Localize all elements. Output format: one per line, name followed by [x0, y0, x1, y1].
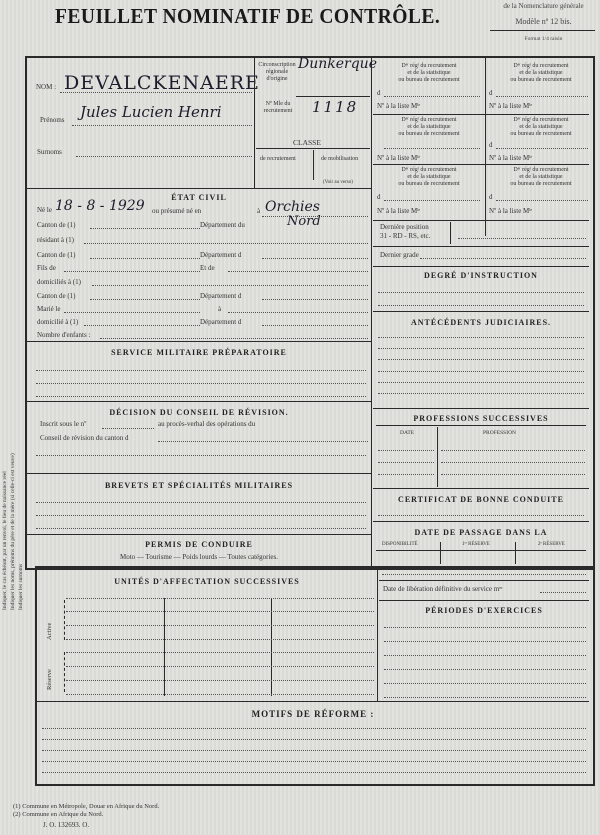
model-number: Modèle nº 12 bis.	[487, 17, 600, 26]
antecedents-line-6	[378, 393, 584, 394]
professions-col-divider	[437, 427, 438, 487]
prenoms-line	[72, 125, 252, 126]
unites-line-6	[66, 666, 374, 667]
lower-form-frame	[35, 566, 595, 786]
prof-line-2	[441, 462, 585, 463]
permis-heading: PERMIS DE CONDUIRE	[27, 540, 371, 549]
bureau-title-l3: ou bureau de recrutement	[398, 131, 459, 137]
departement3-label: Département d	[200, 292, 241, 300]
decision-heading: DÉCISION DU CONSEIL DE RÉVISION.	[27, 408, 371, 417]
inscrit-line	[102, 428, 154, 429]
canton2-label: Canton de (1)	[37, 251, 76, 259]
departement2-label: Département d	[200, 251, 241, 259]
service-militaire-heading: SERVICE MILITAIRE PRÉPARATOIRE	[27, 348, 371, 357]
prenoms-label: Prénoms	[40, 116, 65, 124]
et-de-line	[228, 271, 368, 272]
passage-col-2e-reserve: 2ᵉ RÉSERVE	[538, 542, 565, 547]
bureau-2-d-line	[496, 96, 588, 97]
bureau-title-l2: et de la statistique	[519, 124, 562, 130]
lower-column-divider	[377, 568, 378, 701]
periodes-heading: PÉRIODES D'EXERCICES	[379, 606, 589, 615]
margin-note-2: Indiquer les noms, prénoms du père et de…	[10, 250, 16, 610]
brevets-heading: BREVETS ET SPÉCIALITÉS MILITAIRES	[27, 481, 371, 490]
motifs-line-1	[42, 728, 586, 729]
canton-label: Canton de (1)	[37, 221, 76, 229]
surnoms-label: Surnoms	[37, 148, 62, 156]
classe-label: CLASSE	[293, 138, 321, 147]
antecedents-line-2	[378, 348, 584, 349]
passage-col-1re-reserve: 1ʳᵉ RÉSERVE	[462, 542, 490, 547]
margin-note-1: Indiquer, le cas échéant, par un renvoi,…	[2, 250, 8, 610]
bureau-1-liste: Nº à la liste Mˡᵉ	[377, 102, 420, 110]
reserve-brace	[64, 652, 65, 692]
prof-date-line-2	[378, 462, 434, 463]
bureau-4-title: Dᵉʳ régᵗ du recrutementet de la statisti…	[488, 117, 594, 138]
bureau-1-d-line	[384, 96, 480, 97]
service-line-2	[36, 383, 366, 384]
surnoms-line	[76, 156, 252, 157]
periodes-line-3	[384, 655, 586, 656]
bureau-3-title: Dᵉʳ régᵗ du recrutementet de la statisti…	[376, 117, 482, 138]
professions-col-profession: PROFESSION	[483, 430, 516, 436]
nomenclature-label: de la Nomenclature générale	[487, 2, 600, 10]
bureau-divider	[485, 58, 486, 236]
canton3-label: Canton de (1)	[37, 292, 76, 300]
passage-values-line	[382, 574, 586, 575]
unites-line-5	[66, 652, 374, 653]
degre-line-1	[378, 292, 584, 293]
bureau-4-d: d	[489, 141, 493, 149]
active-brace	[64, 600, 65, 640]
circonscription-label: Circonscription régionale d'origine	[256, 62, 298, 83]
canton-line	[90, 228, 200, 229]
certificat-rule	[373, 521, 589, 522]
professions-bottom-rule	[373, 488, 589, 489]
printer-reference: J. O. 132693. O.	[43, 821, 89, 829]
residant-label: résidant à (1)	[37, 236, 74, 244]
departement-value: Nord	[287, 214, 321, 229]
bureau-title-l2: et de la statistique	[519, 70, 562, 76]
bureau-5-title: Dᵉʳ régᵗ du recrutementet de la statisti…	[376, 167, 482, 188]
bureau-3-d-line	[384, 148, 480, 149]
fils-de-line	[64, 271, 200, 272]
header-rule	[490, 30, 595, 31]
bureau-title-l2: et de la statistique	[407, 174, 450, 180]
ne-le-label: Né le	[37, 206, 52, 214]
marie-a-line	[228, 312, 368, 313]
conseil-label: Conseil de révision du canton d	[40, 434, 128, 442]
departement2-line	[262, 258, 368, 259]
liberation-label: Date de libération définitive du service…	[383, 585, 503, 593]
bureau-title-l2: et de la statistique	[407, 70, 450, 76]
unites-col-divider-2	[271, 598, 272, 696]
periodes-line-2	[384, 641, 586, 642]
bureau-2-title: Dᵉʳ régᵗ du recrutementet de la statisti…	[488, 63, 594, 84]
birthplace-value: Orchies	[265, 199, 320, 215]
bureau-3-liste: Nº à la liste Mˡᵉ	[377, 154, 420, 162]
grade-line	[420, 258, 586, 259]
bureau-title-l1: Dᵉʳ régᵗ du recrutement	[401, 167, 456, 173]
bureau-title-l1: Dᵉʳ régᵗ du recrutement	[401, 63, 456, 69]
domicilie-line	[84, 325, 200, 326]
departement4-label: Département d	[200, 318, 241, 326]
service-line-1	[36, 370, 366, 371]
fils-de-label: Fils de	[37, 264, 56, 272]
liberation-rule	[379, 600, 589, 601]
prof-line-3	[441, 474, 585, 475]
canton3-line	[90, 299, 200, 300]
bureau-title-l3: ou bureau de recrutement	[510, 131, 571, 137]
birthplace-a-label: à	[257, 207, 260, 215]
domicilie-label: domicilié à (1)	[37, 318, 78, 326]
prof-date-line-3	[378, 474, 434, 475]
service-rule	[27, 401, 371, 402]
nom-label: NOM :	[36, 83, 56, 91]
et-de-label: Et de	[200, 264, 215, 272]
bureau-title-l3: ou bureau de recrutement	[510, 77, 571, 83]
domicilies-label: domiciliés à (1)	[37, 278, 81, 286]
marie-a-label: à	[218, 305, 221, 313]
bureau-title-l1: Dᵉʳ régᵗ du recrutement	[401, 117, 456, 123]
degre-rule	[373, 311, 589, 312]
professions-rule	[376, 425, 586, 426]
bureau-1-d: d	[377, 89, 381, 97]
derniere-position-codes: 31 - RD - RS, etc.	[380, 232, 430, 240]
antecedents-heading: ANTÉCÉDENTS JUDICIAIRES.	[373, 318, 589, 327]
antecedents-rule	[373, 408, 589, 409]
unites-line-8	[66, 694, 374, 695]
decision-rule	[27, 473, 371, 474]
brevets-line-3	[36, 528, 366, 529]
bureau-6-title: Dᵉʳ régᵗ du recrutementet de la statisti…	[488, 167, 594, 188]
nombre-enfants-line	[100, 338, 368, 339]
periodes-line-5	[384, 683, 586, 684]
passage-divider-1	[440, 542, 441, 564]
presume-label: ou présumé né en	[152, 207, 201, 215]
bureau-5-d: d	[377, 193, 381, 201]
bureau-6-d-line	[496, 200, 588, 201]
permis-categories: Moto — Tourisme — Poids lourds — Toutes …	[27, 553, 371, 561]
bureau-2-liste: Nº à la liste Mˡᵉ	[489, 102, 532, 110]
bureau-row-rule-3	[373, 220, 589, 221]
bureau-title-l1: Dᵉʳ régᵗ du recrutement	[513, 117, 568, 123]
unites-line-4	[66, 639, 374, 640]
passage-divider-2	[515, 542, 516, 564]
antecedents-line-3	[378, 359, 584, 360]
footnote-1: (1) Commune en Métropole, Douar en Afriq…	[13, 803, 159, 810]
passage-rule	[376, 550, 586, 551]
motifs-line-4	[42, 761, 586, 762]
motifs-reforme-heading: MOTIFS DE RÉFORME :	[37, 709, 589, 719]
motifs-top-rule	[37, 701, 589, 702]
liberation-line	[540, 592, 586, 593]
classe-footnote: (Voir au verso)	[323, 180, 353, 185]
bureau-title-l1: Dᵉʳ régᵗ du recrutement	[513, 63, 568, 69]
prenoms-value: Jules Lucien Henri	[80, 103, 222, 121]
matricule-value: 1118	[312, 98, 358, 116]
marie-le-label: Marié le	[37, 305, 61, 313]
liberation-top-rule	[379, 580, 589, 581]
motifs-line-3	[42, 750, 586, 751]
domicilies-line	[92, 285, 368, 286]
recruit-divider	[254, 58, 255, 188]
unites-col-divider-1	[164, 598, 165, 696]
column-divider	[371, 58, 372, 566]
periodes-line-6	[384, 697, 586, 698]
footnote-2: (2) Commune en Afrique du Nord.	[13, 811, 103, 818]
identity-bottom-rule	[27, 188, 371, 189]
professions-col-date: DATE	[400, 430, 414, 436]
professions-heading: PROFESSIONS SUCCESSIVES	[373, 414, 589, 423]
bureau-title-l3: ou bureau de recrutement	[398, 77, 459, 83]
matricule-label: Nº Mle du recrutement	[258, 101, 298, 115]
position-rule	[373, 246, 589, 247]
unites-line-2	[66, 611, 374, 612]
periodes-line-1	[384, 627, 586, 628]
active-label: Active	[46, 600, 53, 640]
departement3-line	[262, 299, 368, 300]
margin-note-3: Indiquer les surnoms	[18, 250, 24, 610]
antecedents-line-5	[378, 382, 584, 383]
bureau-title-l2: et de la statistique	[407, 124, 450, 130]
departement-label: Département du	[200, 221, 245, 229]
passage-col-disponibilite: DISPONIBILITÉ	[382, 542, 418, 547]
circonscription-value: Dunkerque	[298, 56, 377, 72]
brevets-line-1	[36, 502, 366, 503]
inscrit-label: Inscrit sous le nº	[40, 420, 86, 428]
nom-value: DEVALCKENAERE	[64, 72, 260, 94]
grade-rule	[373, 266, 589, 267]
derniere-position-label: Dernière position	[380, 223, 429, 231]
classe-mobilisation: de mobilisation	[321, 156, 358, 162]
motifs-line-2	[42, 739, 586, 740]
unites-line-7	[66, 680, 374, 681]
proces-verbal-label: au procès-verbal des opérations du	[158, 420, 255, 428]
prof-line-1	[441, 450, 585, 451]
conseil-line	[158, 441, 368, 442]
unites-heading: UNITÉS D'AFFECTATION SUCCESSIVES	[37, 577, 377, 586]
classe-rule	[256, 148, 370, 149]
brevets-rule	[27, 534, 371, 535]
certificat-line	[378, 515, 584, 516]
unites-line-1	[66, 598, 374, 599]
circ-rule	[296, 96, 370, 97]
date-passage-heading: DATE DE PASSAGE DANS LA	[373, 528, 589, 537]
classe-divider	[313, 150, 314, 180]
antecedents-line-1	[378, 337, 584, 338]
degre-line-2	[378, 305, 584, 306]
residant-line	[84, 243, 368, 244]
etat-civil-bottom-rule	[27, 341, 371, 342]
bureau-4-liste: Nº à la liste Mˡᵉ	[489, 154, 532, 162]
page-title: FEUILLET NOMINATIF DE CONTRÔLE.	[55, 4, 440, 29]
bureau-title-l1: Dᵉʳ régᵗ du recrutement	[513, 167, 568, 173]
degre-instruction-heading: DEGRÉ D'INSTRUCTION	[373, 271, 589, 280]
bureau-4-d-line	[496, 148, 588, 149]
dernier-grade-label: Dernier grade	[380, 251, 419, 259]
motifs-line-5	[42, 772, 586, 773]
classe-recrutement: de recrutement	[260, 156, 296, 162]
bureau-row-rule-2	[373, 164, 589, 165]
unites-line-3	[66, 625, 374, 626]
departement4-line	[262, 325, 368, 326]
nom-line	[60, 92, 252, 93]
ne-le-value: 18 - 8 - 1929	[55, 198, 145, 214]
bureau-6-d: d	[489, 193, 493, 201]
antecedents-line-4	[378, 371, 584, 372]
position-line	[458, 238, 586, 239]
bureau-row-rule-1	[373, 114, 589, 115]
prof-date-line-1	[378, 450, 434, 451]
bureau-5-liste: Nº à la liste Mˡᵉ	[377, 207, 420, 215]
periodes-line-4	[384, 669, 586, 670]
bureau-1-title: Dᵉʳ régᵗ du recrutementet de la statisti…	[376, 63, 482, 84]
bureau-6-liste: Nº à la liste Mˡᵉ	[489, 207, 532, 215]
position-divider	[450, 222, 451, 244]
marie-le-line	[64, 312, 200, 313]
bureau-2-d: d	[489, 89, 493, 97]
service-line-3	[36, 396, 366, 397]
nombre-enfants-label: Nombre d'enfants :	[37, 331, 90, 339]
certificat-heading: CERTIFICAT DE BONNE CONDUITE	[373, 495, 589, 504]
canton2-line	[90, 258, 200, 259]
bureau-5-d-line	[384, 200, 480, 201]
bureau-title-l3: ou bureau de recrutement	[510, 181, 571, 187]
brevets-line-2	[36, 515, 366, 516]
reserve-label: Réserve	[46, 650, 53, 690]
bureau-title-l3: ou bureau de recrutement	[398, 181, 459, 187]
bureau-title-l2: et de la statistique	[519, 174, 562, 180]
decision-line	[36, 455, 366, 456]
format-label: Format 1/4 raisin	[487, 36, 600, 42]
